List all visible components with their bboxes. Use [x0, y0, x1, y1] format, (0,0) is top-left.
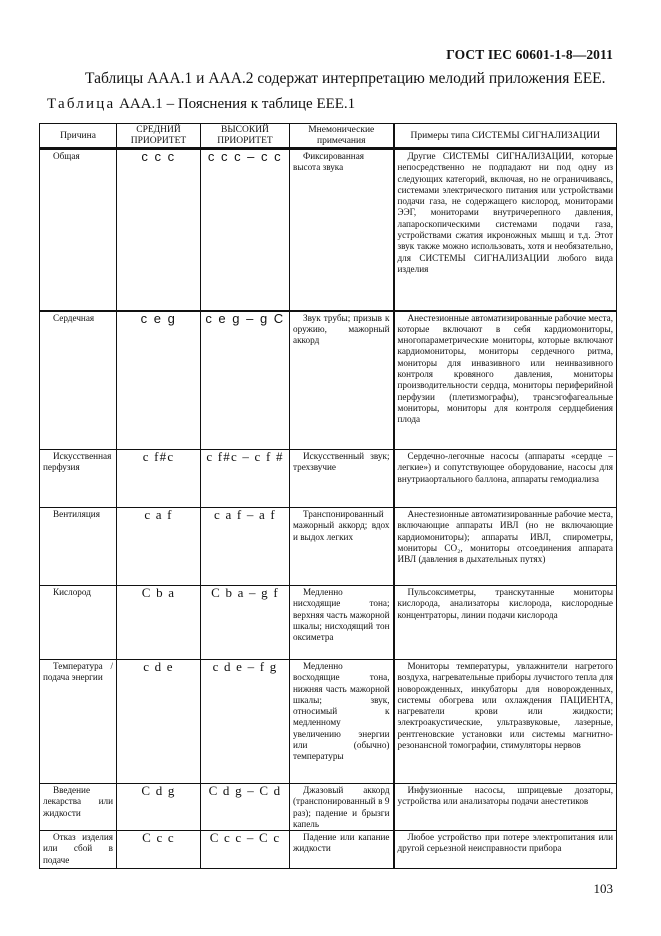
cell-examples-text: Инфузионные насосы, шприцевые дозаторы, … — [398, 785, 614, 806]
cell-mnemonic-text: Джазовый аккорд (транспонированный в 9 р… — [293, 785, 390, 829]
cell-mnemonic-text: Медленно восходящие тона, нижняя часть м… — [293, 661, 390, 761]
cell-cause-text: Введение лекарства или жидкости — [43, 785, 113, 819]
table-row: Сердечнаяc e gc e g – g CЗвук трубы; при… — [40, 311, 617, 450]
cell-cause-text: Кислород — [43, 587, 113, 598]
document-code: ГОСТ IEC 60601-1-8—2011 — [446, 47, 613, 63]
table-row: Температура / подача энергииc d ec d e –… — [40, 660, 617, 784]
cell-cause: Отказ изделия или сбой в подаче — [40, 831, 117, 869]
table-row: Вентиляцияc a fc a f – a fТранспонирован… — [40, 508, 617, 586]
cell-cause: Искусственная перфузия — [40, 450, 117, 508]
cell-cause: Общая — [40, 149, 117, 311]
cell-examples: Любое устройство при потере электропитан… — [394, 831, 617, 869]
column-header-cause: Причина — [40, 124, 117, 149]
cell-examples-text: Сердечно-легочные насосы (аппараты «серд… — [398, 451, 614, 484]
column-header-mnemonic: Мнемонические примечания — [290, 124, 394, 149]
cell-medium-priority: C c c — [117, 831, 201, 869]
cell-mnemonic: Медленно нисходящие тона; верхняя часть … — [290, 586, 394, 660]
cell-medium-priority-text: c f#c — [143, 449, 175, 464]
cell-examples-text: Анестезионные автоматизированные рабочие… — [398, 509, 614, 564]
table-caption-title: – Пояснения к таблице ЕЕЕ.1 — [167, 96, 356, 112]
cell-cause-text: Вентиляция — [43, 509, 113, 520]
cell-medium-priority-text: c e g — [141, 311, 177, 326]
table-row: Искусственная перфузияc f#cc f#c – c f #… — [40, 450, 617, 508]
cell-cause: Температура / подача энергии — [40, 660, 117, 784]
cell-high-priority: c c c – c c — [201, 149, 290, 311]
cell-mnemonic: Звук трубы; призыв к оружию, мажорный ак… — [290, 311, 394, 450]
cell-examples: Инфузионные насосы, шприцевые дозаторы, … — [394, 784, 617, 831]
cell-high-priority-text: c a f – a f — [214, 507, 276, 522]
cell-high-priority-text: C c c – C c — [210, 830, 281, 845]
cell-cause-text: Отказ изделия или сбой в подаче — [43, 832, 113, 866]
cell-examples: Анестезионные автоматизированные рабочие… — [394, 311, 617, 450]
intro-paragraph: Таблицы ААА.1 и ААА.2 содержат интерпрет… — [85, 70, 606, 88]
table-row: КислородC b aC b a – g fМедленно нисходя… — [40, 586, 617, 660]
cell-high-priority: c e g – g C — [201, 311, 290, 450]
cell-high-priority: C b a – g f — [201, 586, 290, 660]
cell-examples-text: Пульсоксиметры, транскутанные мониторы к… — [398, 587, 614, 620]
cell-high-priority-text: C d g – C d — [209, 783, 282, 798]
cell-high-priority: C d g – C d — [201, 784, 290, 831]
cell-medium-priority-text: c c c — [141, 149, 175, 164]
cell-high-priority-text: c d e – f g — [213, 659, 278, 674]
cell-mnemonic-text: Падение или капание жидкости — [293, 832, 390, 853]
cell-high-priority-text: c e g – g C — [205, 311, 284, 326]
cell-mnemonic-text: Искусственный звук; трехзвучие — [293, 451, 390, 472]
cell-high-priority-text: c f#c – c f # — [206, 449, 283, 464]
cell-cause: Кислород — [40, 586, 117, 660]
cell-medium-priority: c d e — [117, 660, 201, 784]
cell-high-priority-text: c c c – c c — [208, 149, 282, 164]
column-header-medium-priority: СРЕДНИЙ ПРИОРИТЕТ — [117, 124, 201, 149]
cell-cause-text: Сердечная — [43, 313, 113, 324]
cell-examples-text: Другие СИСТЕМЫ СИГНАЛИЗАЦИИ, которые неп… — [398, 151, 614, 274]
cell-examples-text: Мониторы температуры, увлажнители нагрет… — [398, 661, 614, 750]
cell-medium-priority: C d g — [117, 784, 201, 831]
table-row: Отказ изделия или сбой в подачеC c cC c … — [40, 831, 617, 869]
cell-high-priority: C c c – C c — [201, 831, 290, 869]
cell-mnemonic: Транспонированный мажорный аккорд; вдох … — [290, 508, 394, 586]
cell-medium-priority: c e g — [117, 311, 201, 450]
cell-high-priority-text: C b a – g f — [211, 585, 279, 600]
cell-examples: Сердечно-легочные насосы (аппараты «серд… — [394, 450, 617, 508]
cell-medium-priority-text: c a f — [144, 507, 172, 522]
page-number: 103 — [594, 881, 614, 897]
cell-mnemonic-text: Фиксированная высота звука — [293, 151, 364, 172]
cell-examples: Другие СИСТЕМЫ СИГНАЛИЗАЦИИ, которые неп… — [394, 149, 617, 311]
cell-high-priority: c d e – f g — [201, 660, 290, 784]
cell-examples-text: Анестезионные автоматизированные рабочие… — [398, 313, 614, 425]
table-caption-label: Таблица — [47, 96, 115, 112]
cell-examples: Пульсоксиметры, транскутанные мониторы к… — [394, 586, 617, 660]
cell-cause-text: Температура / подача энергии — [43, 661, 113, 684]
explanation-table: Причина СРЕДНИЙ ПРИОРИТЕТ ВЫСОКИЙ ПРИОРИ… — [39, 123, 617, 869]
table-caption: Таблица ААА.1 – Пояснения к таблице ЕЕЕ.… — [47, 96, 355, 113]
column-header-examples: Примеры типа СИСТЕМЫ СИГНАЛИЗАЦИИ — [394, 124, 617, 149]
cell-mnemonic: Джазовый аккорд (транспонированный в 9 р… — [290, 784, 394, 831]
cell-medium-priority: c a f — [117, 508, 201, 586]
cell-medium-priority-text: c d e — [143, 659, 174, 674]
cell-medium-priority-text: C d g — [141, 783, 175, 798]
cell-mnemonic-text: Медленно нисходящие тона; верхняя часть … — [293, 587, 390, 642]
cell-mnemonic-text: Звук трубы; призыв к оружию, мажорный ак… — [293, 313, 390, 346]
cell-mnemonic: Фиксированная высота звука — [290, 149, 394, 311]
cell-high-priority: c f#c – c f # — [201, 450, 290, 508]
cell-cause: Сердечная — [40, 311, 117, 450]
cell-cause-text: Искусственная перфузия — [43, 451, 113, 474]
table-row: Введение лекарства или жидкостиC d gC d … — [40, 784, 617, 831]
cell-mnemonic-text: Транспонированный мажорный аккорд; вдох … — [293, 509, 390, 542]
cell-mnemonic: Падение или капание жидкости — [290, 831, 394, 869]
table-caption-number: ААА.1 — [119, 96, 163, 112]
cell-mnemonic: Искусственный звук; трехзвучие — [290, 450, 394, 508]
column-header-high-priority: ВЫСОКИЙ ПРИОРИТЕТ — [201, 124, 290, 149]
cell-examples: Анестезионные автоматизированные рабочие… — [394, 508, 617, 586]
cell-high-priority: c a f – a f — [201, 508, 290, 586]
cell-examples: Мониторы температуры, увлажнители нагрет… — [394, 660, 617, 784]
cell-mnemonic: Медленно восходящие тона, нижняя часть м… — [290, 660, 394, 784]
cell-medium-priority-text: C c c — [142, 830, 175, 845]
cell-medium-priority: c c c — [117, 149, 201, 311]
cell-cause: Вентиляция — [40, 508, 117, 586]
table-row: Общаяc c cc c c – c cФиксированная высот… — [40, 149, 617, 311]
cell-medium-priority-text: C b a — [142, 585, 175, 600]
cell-examples-text: Любое устройство при потере электропитан… — [398, 832, 614, 853]
cell-cause-text: Общая — [43, 151, 113, 162]
table-header-row: Причина СРЕДНИЙ ПРИОРИТЕТ ВЫСОКИЙ ПРИОРИ… — [40, 124, 617, 149]
cell-medium-priority: c f#c — [117, 450, 201, 508]
cell-cause: Введение лекарства или жидкости — [40, 784, 117, 831]
cell-medium-priority: C b a — [117, 586, 201, 660]
